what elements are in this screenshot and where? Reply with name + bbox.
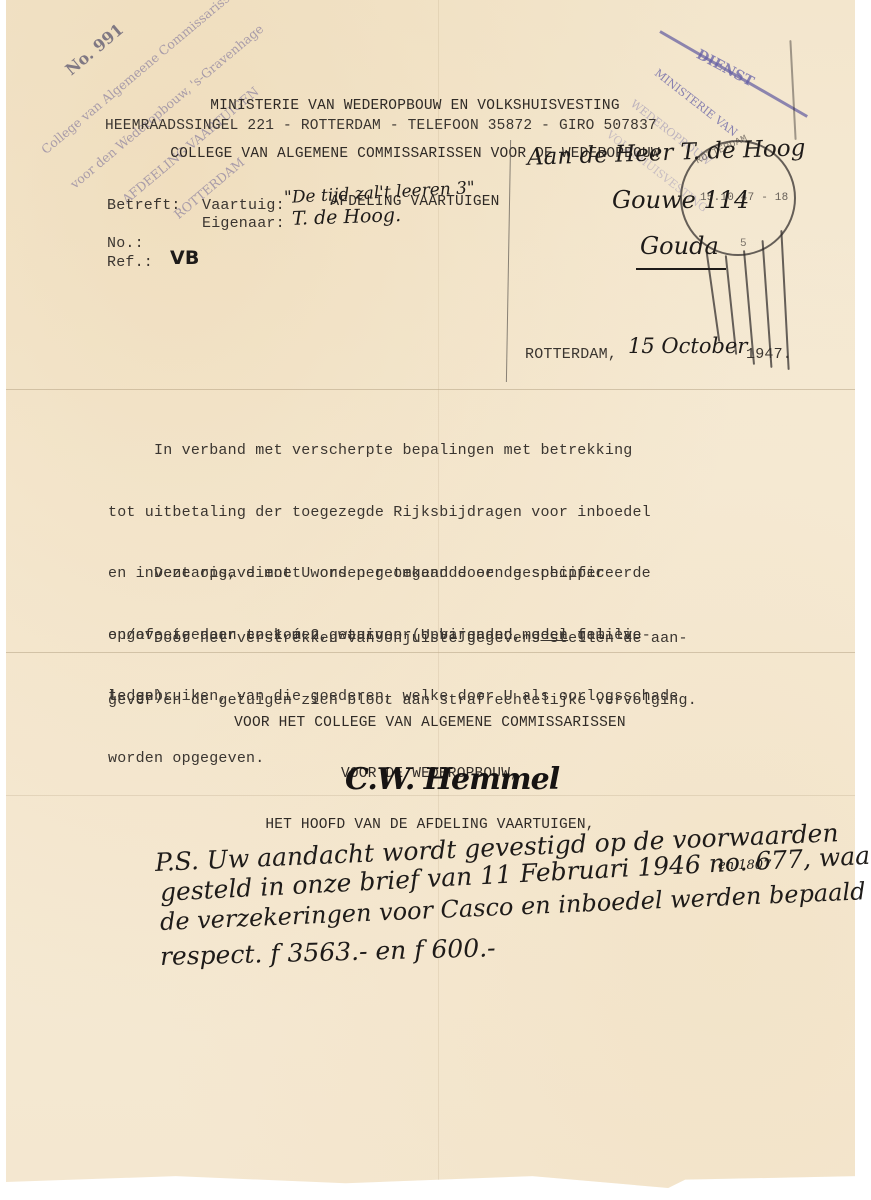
label-eigenaar: Eigenaar: — [202, 213, 285, 234]
paper-fold-line — [6, 389, 855, 390]
dateline-city: ROTTERDAM, — [525, 344, 617, 365]
label-betreft: Betreft: — [107, 195, 181, 216]
letterhead-address: HEEMRAADSSINGEL 221 - ROTTERDAM - TELEFO… — [105, 116, 657, 137]
body-line: Door het verstrekken van onjuiste gegeve… — [108, 629, 697, 650]
city-underline — [636, 268, 726, 270]
label-ref: Ref.: — [107, 252, 153, 273]
ref-value: VB — [170, 248, 200, 269]
body-line: Deze opgave moet worden getekend door de… — [108, 564, 651, 585]
body-line: In verband met verscherpte bepalingen me… — [108, 441, 679, 462]
body-line: tot uitbetaling der toegezegde Rijksbijd… — [108, 503, 679, 524]
label-no: No.: — [107, 233, 144, 254]
owner-name: T. de Hoog. — [292, 204, 402, 230]
recipient-street: Gouwe 114 — [612, 186, 749, 214]
letterhead-ministry: MINISTERIE VAN WEDEROPBOUW EN VOLKSHUISV… — [130, 98, 700, 114]
dateline-year: 1947. — [746, 344, 792, 365]
dateline-day-month: 15 October — [628, 334, 747, 358]
signature: C.W. Hemmel — [345, 762, 559, 797]
closing-line: VOOR HET COLLEGE VAN ALGEMENE COMMISSARI… — [190, 715, 670, 732]
recipient-city: Gouda — [640, 232, 719, 260]
